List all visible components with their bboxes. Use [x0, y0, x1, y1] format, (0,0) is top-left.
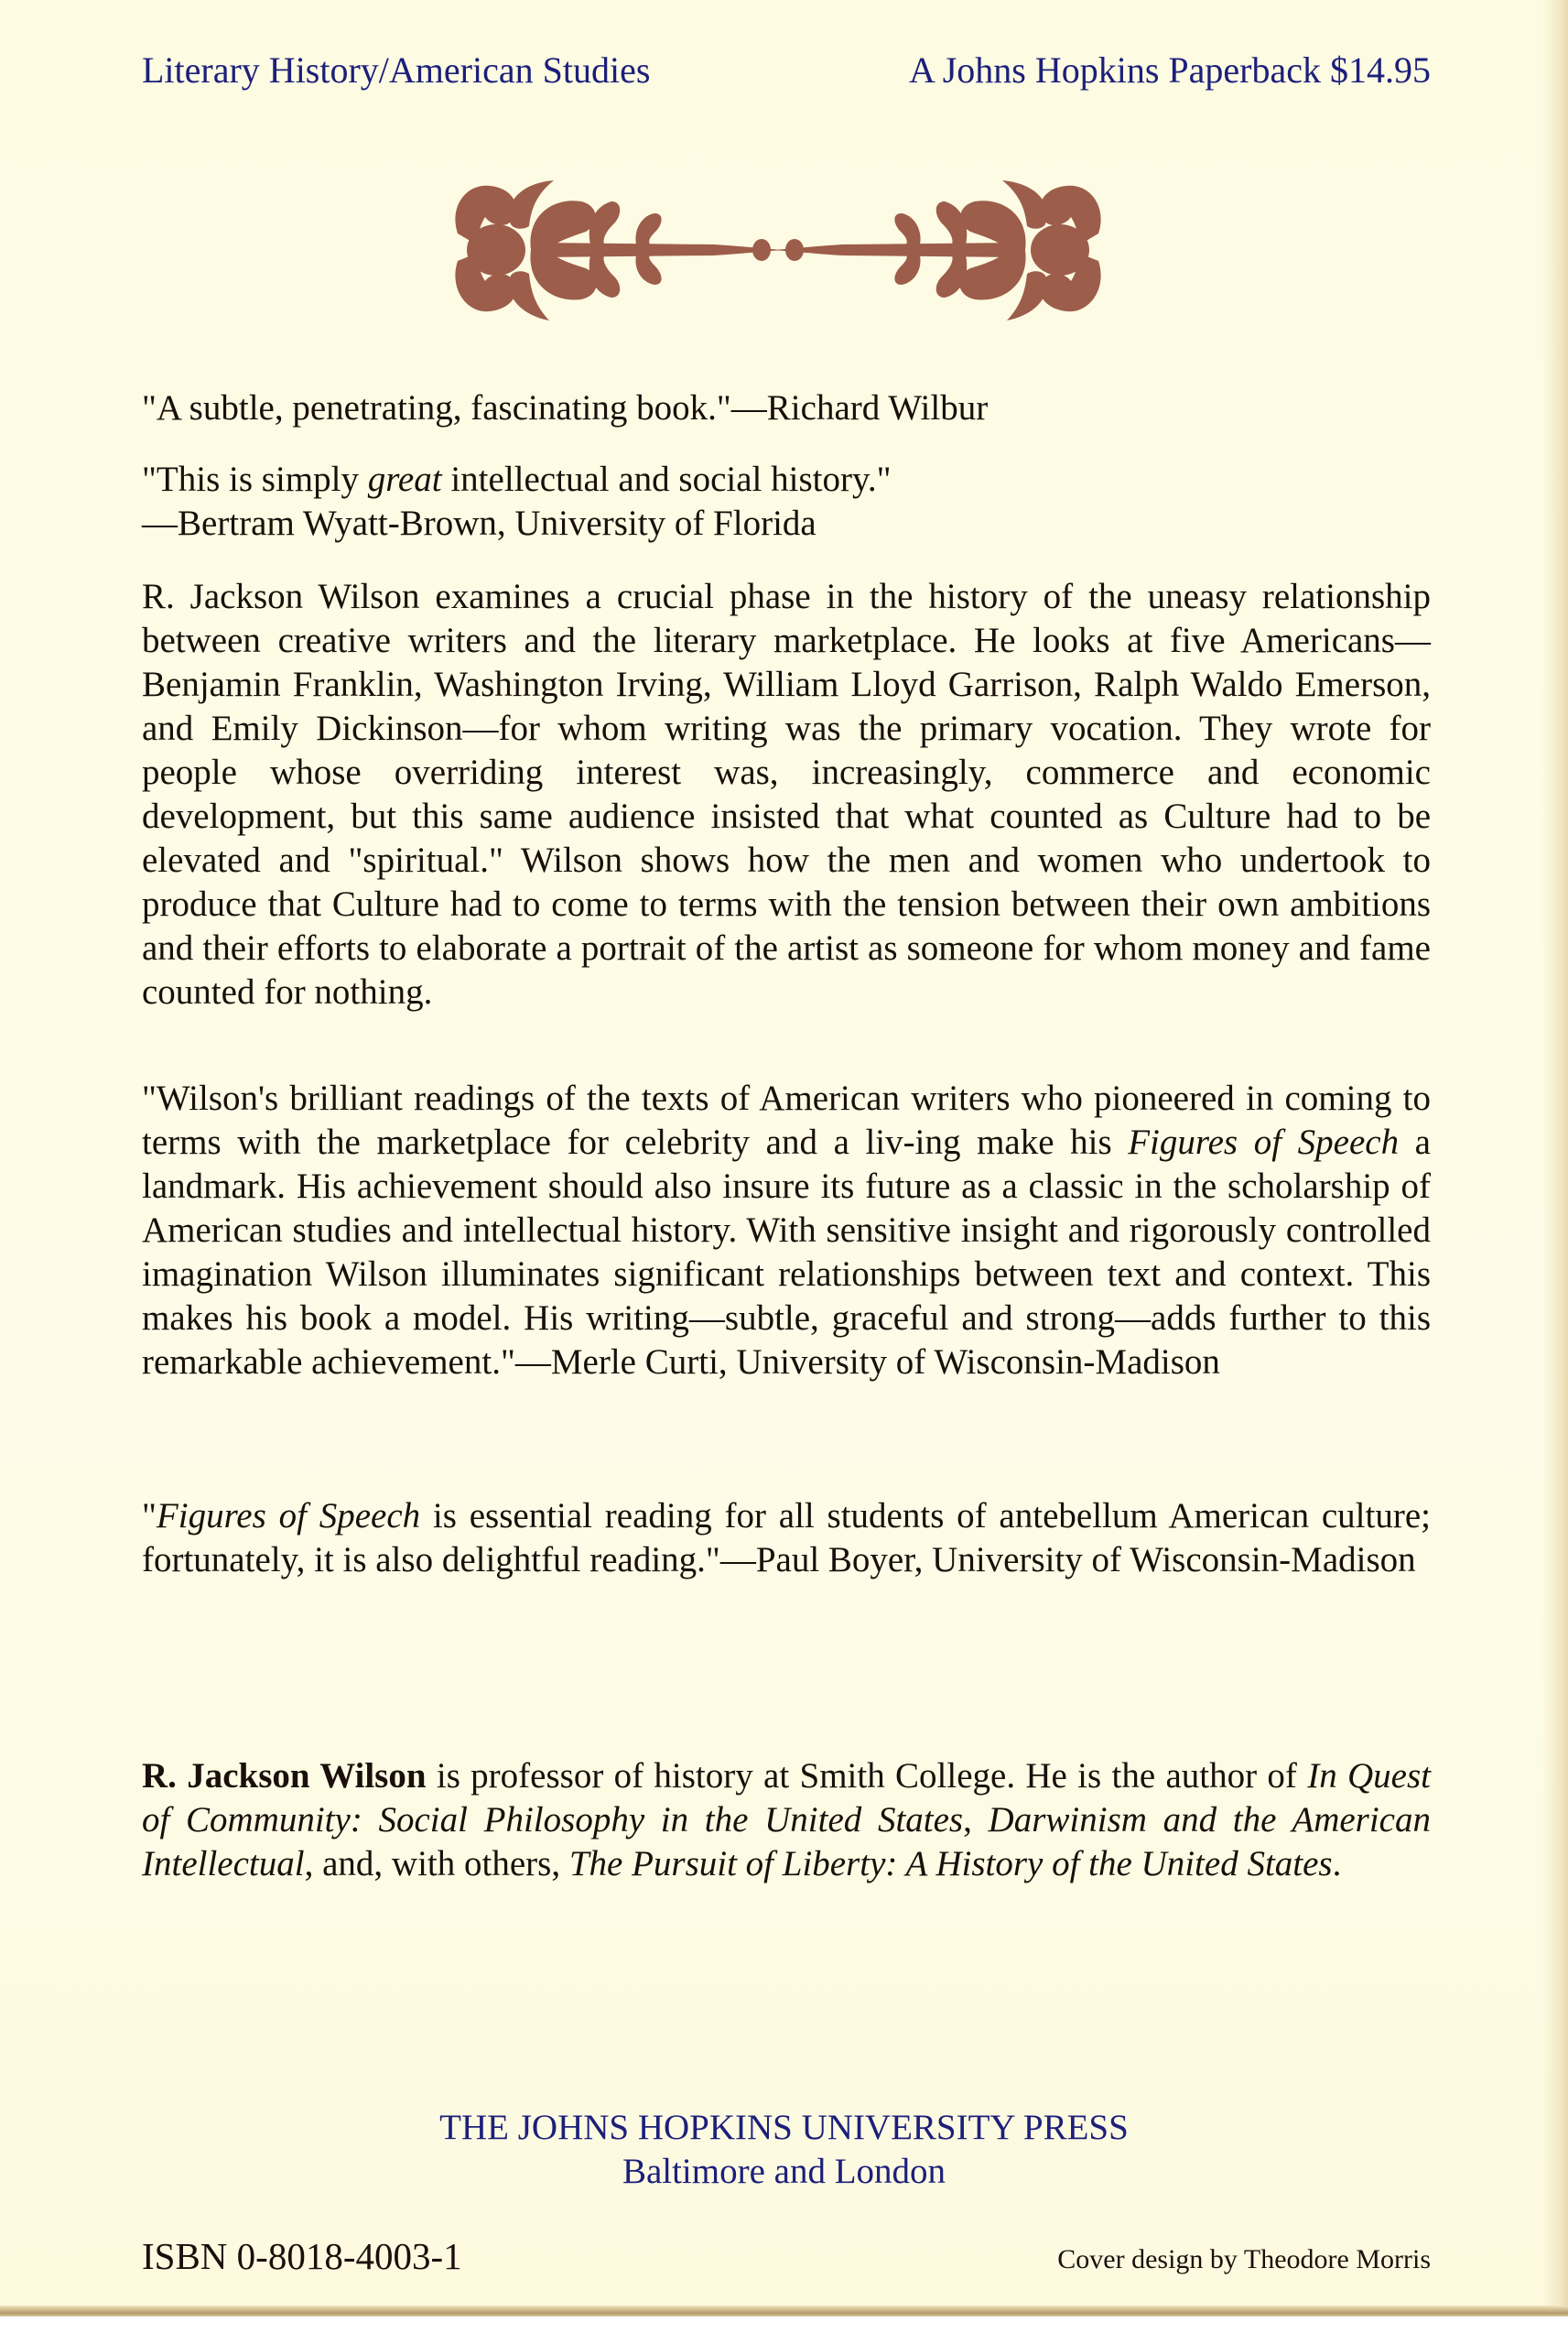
quote-text: "Wilson's brilliant readings of the text…	[142, 1077, 1431, 1384]
book-title: Figures of Speech	[1128, 1123, 1399, 1162]
scan-background	[0, 2317, 1568, 2344]
description-text: R. Jackson Wilson examines a crucial pha…	[142, 575, 1431, 1015]
quote-text-part: "This is simply	[142, 460, 368, 499]
floral-ornament-icon	[439, 169, 1117, 334]
bio-text-part: , and, with others,	[305, 1844, 569, 1883]
author-name: R. Jackson Wilson	[142, 1756, 427, 1796]
author-bio: R. Jackson Wilson is professor of histor…	[142, 1754, 1431, 1886]
review-quote-wilbur: "A subtle, penetrating, fascinating book…	[142, 386, 1431, 430]
isbn: ISBN 0-8018-4003-1	[142, 2234, 462, 2278]
bio-text: R. Jackson Wilson is professor of histor…	[142, 1754, 1431, 1886]
review-quote-curti: "Wilson's brilliant readings of the text…	[142, 1077, 1431, 1384]
publisher-location: Baltimore and London	[0, 2150, 1568, 2194]
review-quote-boyer: "Figures of Speech is essential reading …	[142, 1494, 1431, 1582]
publisher-block: THE JOHNS HOPKINS UNIVERSITY PRESS Balti…	[0, 2106, 1568, 2194]
book-title: The Pursuit of Liberty: A History of the…	[569, 1844, 1333, 1883]
book-title: Figures of Speech	[157, 1496, 420, 1536]
quote-text-part: intellectual and social history."	[442, 460, 892, 499]
book-description: R. Jackson Wilson examines a crucial pha…	[142, 575, 1431, 1015]
quote-attribution: —Bertram Wyatt-Brown, University of Flor…	[142, 502, 1431, 546]
quote-text: "Figures of Speech is essential reading …	[142, 1494, 1431, 1582]
cover-design-credit: Cover design by Theodore Morris	[1057, 2241, 1431, 2278]
quote-emphasis: great	[368, 460, 442, 499]
quote-mark: "	[142, 1496, 157, 1536]
category-label: Literary History/American Studies	[142, 48, 650, 93]
quote-text: "A subtle, penetrating, fascinating book…	[142, 386, 1431, 430]
page-edge-bottom	[0, 2306, 1568, 2317]
bio-text-part: .	[1333, 1844, 1342, 1883]
quote-text: "This is simply great intellectual and s…	[142, 458, 1431, 502]
imprint-price: A Johns Hopkins Paperback $14.95	[909, 48, 1431, 93]
header: Literary History/American Studies A John…	[142, 48, 1431, 93]
bio-text-part: is professor of history at Smith College…	[427, 1756, 1308, 1796]
bio-text-part: ,	[963, 1800, 988, 1839]
review-quote-wyatt-brown: "This is simply great intellectual and s…	[142, 458, 1431, 546]
publisher-name: THE JOHNS HOPKINS UNIVERSITY PRESS	[0, 2106, 1568, 2150]
page-edge-right	[1542, 0, 1568, 2317]
